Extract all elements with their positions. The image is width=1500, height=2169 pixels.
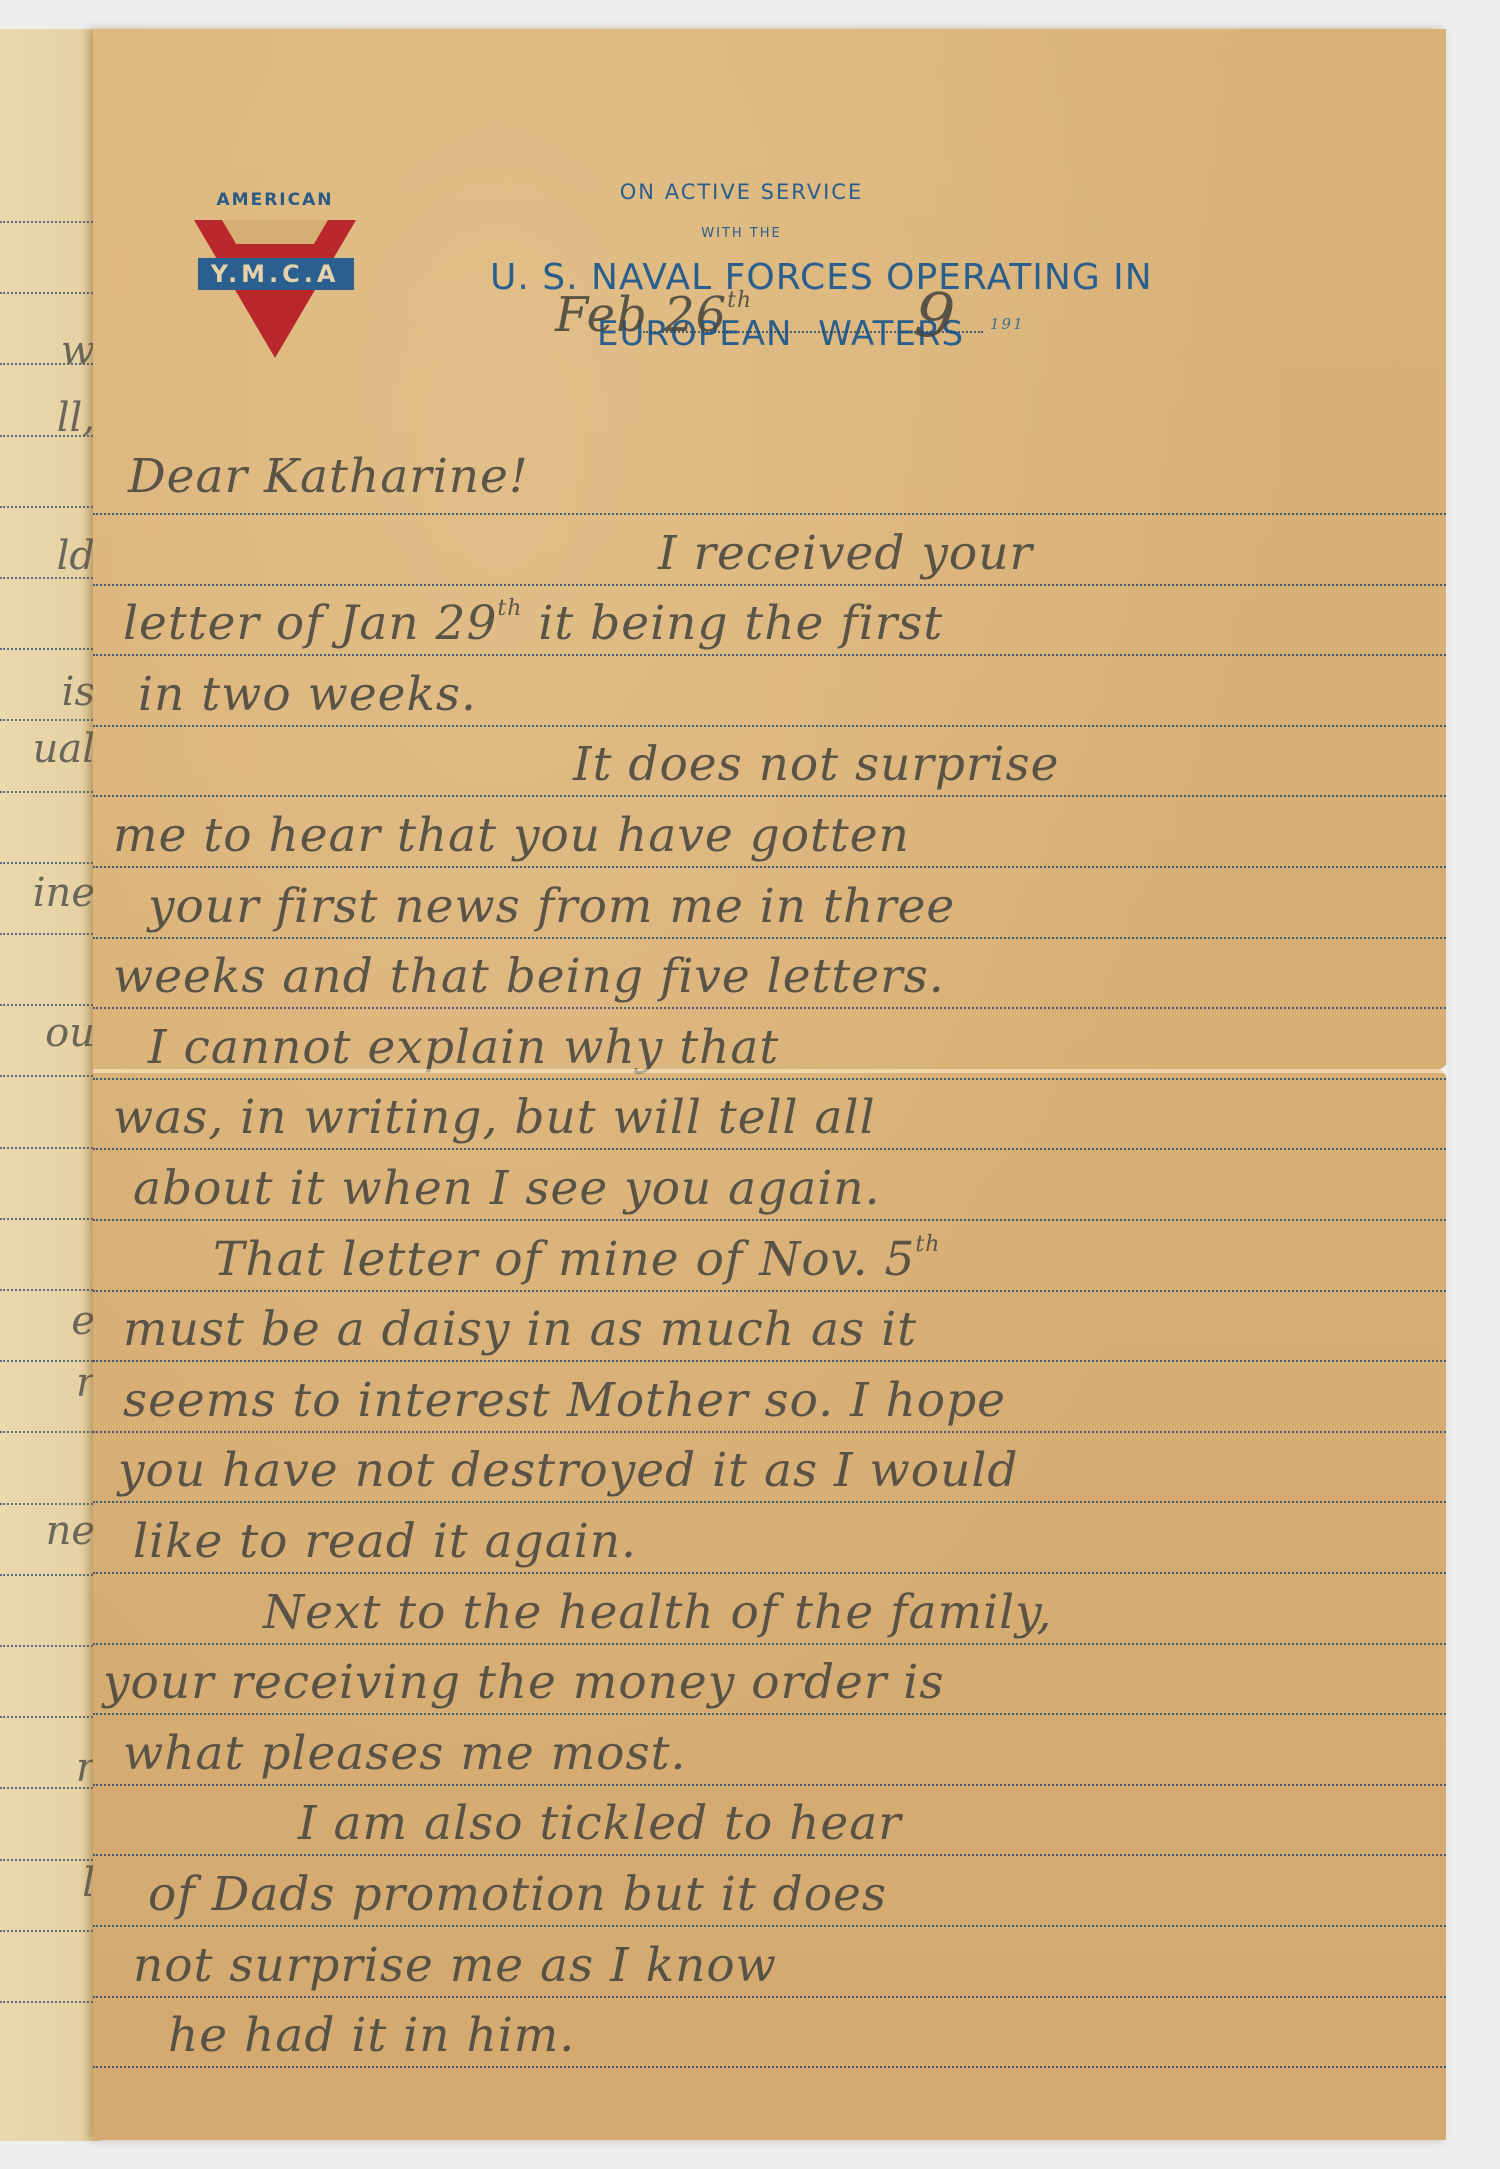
letter-line: he had it in him. bbox=[168, 2008, 575, 2063]
letter-line-text: was, in writing, but will tell all bbox=[113, 1090, 876, 1145]
left-page-fragment: e bbox=[0, 1298, 95, 1344]
letter-line: your receiving the money order is bbox=[103, 1655, 944, 1710]
ruled-line bbox=[0, 1218, 96, 1220]
letter-line: I am also tickled to hear bbox=[298, 1796, 902, 1851]
ruled-line bbox=[93, 795, 1446, 797]
letter-line-text-continued: it being the first bbox=[522, 596, 943, 651]
ruled-line bbox=[0, 862, 96, 864]
ruled-line bbox=[0, 506, 96, 508]
letter-line: Next to the health of the family, bbox=[263, 1585, 1052, 1640]
letter-line-text: of Dads promotion but it does bbox=[148, 1867, 887, 1922]
letter-line: your first news from me in three bbox=[148, 879, 955, 934]
letter-line: not surprise me as I know bbox=[133, 1938, 777, 1993]
ruled-line bbox=[0, 1930, 96, 1932]
handwritten-date: Feb 26th bbox=[555, 287, 752, 343]
left-page-fragment: ne bbox=[0, 1508, 95, 1554]
ruled-line bbox=[93, 1360, 1446, 1362]
ruled-line bbox=[93, 1078, 1446, 1080]
letter-line-text: Next to the health of the family, bbox=[263, 1585, 1052, 1640]
letter-line-text: your first news from me in three bbox=[148, 879, 955, 934]
letter-line-text: like to read it again. bbox=[133, 1514, 637, 1569]
ruled-line bbox=[0, 1289, 96, 1291]
letterhead-line-1: ON ACTIVE SERVICE bbox=[348, 180, 1135, 204]
letter-line-text: me to hear that you have gotten bbox=[113, 808, 910, 863]
ruled-line bbox=[93, 2066, 1446, 2068]
letter-line: was, in writing, but will tell all bbox=[113, 1090, 876, 1145]
letter-line-text: your receiving the money order is bbox=[103, 1655, 944, 1710]
ymca-red-triangle-icon: Y.M.C.A bbox=[190, 218, 360, 360]
letter-line-text: you have not destroyed it as I would bbox=[118, 1443, 1018, 1498]
previous-page-edge: wll,ldisualineouernerl bbox=[0, 29, 100, 2141]
ruled-line bbox=[93, 1501, 1446, 1503]
ruled-line bbox=[0, 1004, 96, 1006]
ruled-line bbox=[0, 933, 96, 935]
ruled-line bbox=[0, 292, 96, 294]
left-page-fragment: ou bbox=[0, 1010, 95, 1056]
letter-line-text: he had it in him. bbox=[168, 2008, 575, 2063]
left-page-fragment: ll, bbox=[0, 395, 95, 441]
letter-line: I cannot explain why that bbox=[148, 1020, 779, 1075]
left-page-fragment: r bbox=[0, 1360, 95, 1406]
ruled-line bbox=[0, 1503, 96, 1505]
letter-line-text: seems to interest Mother so. I hope bbox=[123, 1373, 1006, 1428]
left-page-fragment: is bbox=[0, 669, 95, 715]
letterhead-line-2: WITH THE bbox=[348, 226, 1135, 241]
ruled-line bbox=[93, 1784, 1446, 1786]
ordinal-suffix: th bbox=[497, 596, 522, 621]
ruled-line bbox=[93, 1854, 1446, 1856]
ruled-line bbox=[93, 1431, 1446, 1433]
letter-line: I received your bbox=[658, 526, 1033, 581]
letter-line: of Dads promotion but it does bbox=[148, 1867, 887, 1922]
ruled-line bbox=[93, 1996, 1446, 1998]
letter-line: about it when I see you again. bbox=[133, 1161, 881, 1216]
ruled-line bbox=[0, 1645, 96, 1647]
letter-line-text: not surprise me as I know bbox=[133, 1938, 777, 1993]
letter-line: what pleases me most. bbox=[123, 1726, 686, 1781]
logo-ymca-text: Y.M.C.A bbox=[210, 260, 340, 288]
letter-line: must be a daisy in as much as it bbox=[123, 1302, 917, 1357]
ruled-line bbox=[93, 725, 1446, 727]
left-page-fragment: ld bbox=[0, 533, 95, 579]
ordinal-suffix: th bbox=[915, 1232, 940, 1257]
letter-line: letter of Jan 29th it being the first bbox=[123, 596, 943, 651]
ruled-line bbox=[93, 513, 1446, 515]
letter-line: me to hear that you have gotten bbox=[113, 808, 910, 863]
ruled-line bbox=[0, 1431, 96, 1433]
ruled-line bbox=[0, 1716, 96, 1718]
left-page-fragment: ine bbox=[0, 870, 95, 916]
ruled-line bbox=[0, 2001, 96, 2003]
ruled-line bbox=[93, 937, 1446, 939]
letter-line: like to read it again. bbox=[133, 1514, 637, 1569]
letter-line-text: must be a daisy in as much as it bbox=[123, 1302, 917, 1357]
letter-line-text: in two weeks. bbox=[138, 667, 477, 722]
letter-sheet: AMERICAN Y.M.C.A ON ACTIVE SERVICE WITH … bbox=[93, 29, 1446, 2140]
ruled-line bbox=[93, 1148, 1446, 1150]
ruled-line bbox=[0, 719, 96, 721]
letter-line: seems to interest Mother so. I hope bbox=[123, 1373, 1006, 1428]
ruled-line bbox=[0, 648, 96, 650]
letter-line-text: weeks and that being five letters. bbox=[113, 949, 945, 1004]
ruled-line bbox=[93, 1713, 1446, 1715]
date-suffix: th bbox=[727, 288, 752, 313]
letter-line-text: I received your bbox=[658, 526, 1033, 581]
ruled-line bbox=[93, 1572, 1446, 1574]
letter-line: in two weeks. bbox=[138, 667, 477, 722]
letter-line: weeks and that being five letters. bbox=[113, 949, 945, 1004]
fold-tear bbox=[1440, 1063, 1448, 1077]
left-page-fragment: l bbox=[0, 1860, 95, 1906]
printed-year-prefix: 191 bbox=[990, 315, 1025, 333]
fold-crease bbox=[93, 1069, 1446, 1073]
letter-line-text: I am also tickled to hear bbox=[298, 1796, 902, 1851]
ruled-line bbox=[93, 654, 1446, 656]
ruled-line bbox=[93, 1219, 1446, 1221]
ruled-line bbox=[93, 866, 1446, 868]
letter-line-text: It does not surprise bbox=[573, 737, 1059, 792]
letter-line: you have not destroyed it as I would bbox=[118, 1443, 1018, 1498]
ymca-logo: AMERICAN Y.M.C.A bbox=[190, 190, 360, 360]
letter-line-text: about it when I see you again. bbox=[133, 1161, 881, 1216]
left-page-fragment: r bbox=[0, 1745, 95, 1791]
salutation: Dear Katharine! bbox=[128, 449, 529, 504]
letter-line-text: That letter of mine of Nov. 5 bbox=[213, 1232, 915, 1287]
ruled-line bbox=[93, 584, 1446, 586]
ruled-line bbox=[0, 221, 96, 223]
logo-american-text: AMERICAN bbox=[190, 190, 360, 210]
date-month-day: Feb 26 bbox=[555, 287, 727, 343]
ruled-line bbox=[0, 1147, 96, 1149]
ruled-line bbox=[0, 1574, 96, 1576]
ruled-line bbox=[93, 1007, 1446, 1009]
letter-line: That letter of mine of Nov. 5th bbox=[213, 1232, 940, 1287]
ruled-line bbox=[0, 1075, 96, 1077]
ruled-line bbox=[93, 1925, 1446, 1927]
ruled-line bbox=[93, 1643, 1446, 1645]
ruled-line bbox=[93, 1290, 1446, 1292]
left-page-fragment: w bbox=[0, 328, 95, 374]
left-page-fragment: ual bbox=[0, 726, 95, 772]
letter-line-text: I cannot explain why that bbox=[148, 1020, 779, 1075]
handwritten-year-digit: 9 bbox=[911, 277, 959, 354]
letter-line: It does not surprise bbox=[573, 737, 1059, 792]
ruled-line bbox=[0, 791, 96, 793]
letter-line-text: what pleases me most. bbox=[123, 1726, 686, 1781]
letter-line-text: letter of Jan 29 bbox=[123, 596, 497, 651]
